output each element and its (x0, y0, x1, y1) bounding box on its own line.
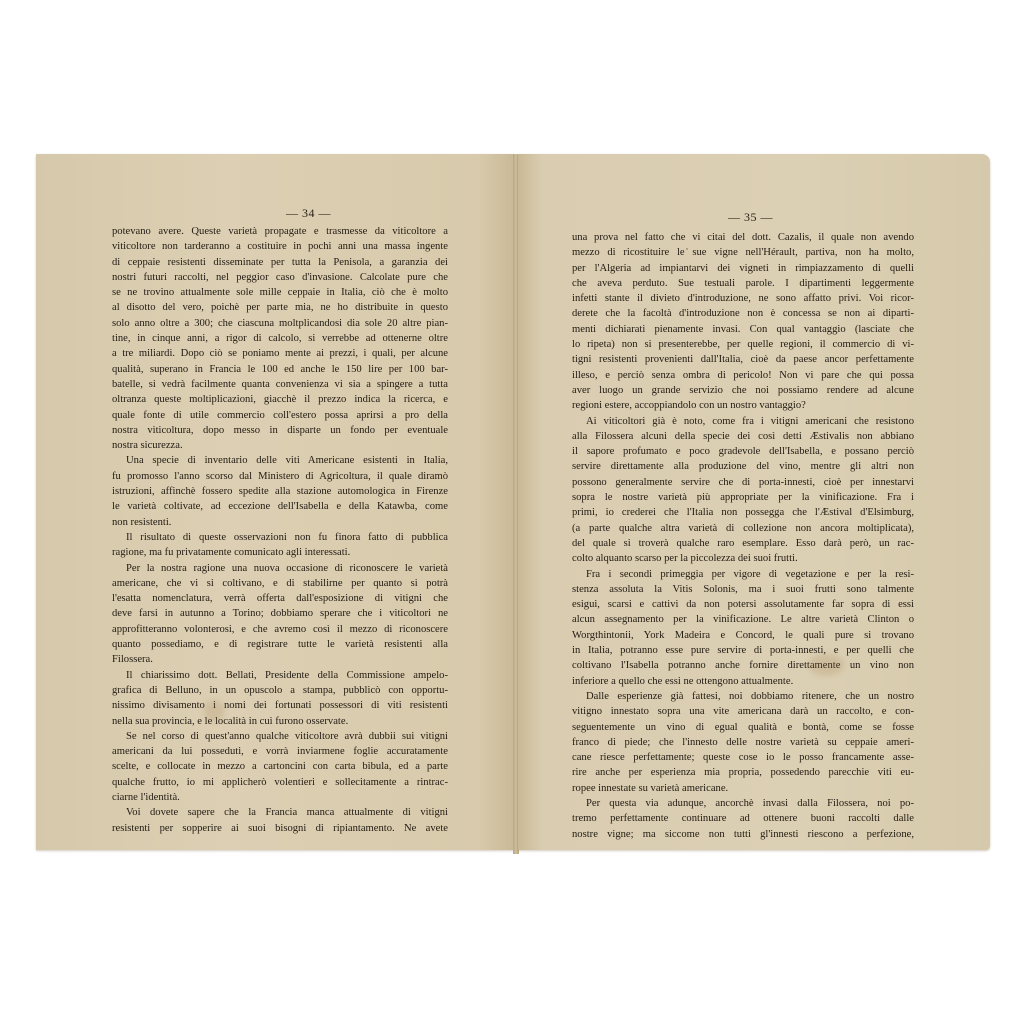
text-line: Il chiarissimo dott. Bellati, Presidente… (112, 668, 448, 683)
text-line: nostri futuri raccolti, nel peggior caso… (112, 270, 448, 285)
text-line: Se nel corso di quest'anno qualche vitic… (112, 729, 448, 744)
foxing-stain (204, 700, 224, 722)
text-line: aver luogo un grande servizio che noi po… (572, 383, 914, 398)
right-page: — 35 — una prova nel fatto che vi citai … (518, 154, 990, 850)
paper-speck (686, 248, 688, 250)
text-line: quale fonte di utile commercio coll'este… (112, 408, 448, 423)
left-page: — 34 — potevano avere. Queste varietà pr… (36, 154, 516, 850)
text-line: qualità, superano in Francia le 100 ed a… (112, 362, 448, 377)
text-line: possono generalmente servire che di port… (572, 475, 914, 490)
text-line: scelte, e collocate in mezzo a cartoncin… (112, 759, 448, 774)
text-line: al disotto del vero, poichè per parte mi… (112, 300, 448, 315)
text-line: fu promosso l'anno scorso dal Ministero … (112, 469, 448, 484)
foxing-stain (808, 654, 844, 676)
text-line: regioni estere, accoppiandolo con un nos… (572, 398, 914, 413)
text-line: nostra sicurezza. (112, 438, 448, 453)
text-line: tigni resistenti provenienti dall'Italia… (572, 352, 914, 367)
text-line: quanto possediamo, e di registrare tutte… (112, 637, 448, 652)
text-line: alcun assegnamento per la vinificazione.… (572, 612, 914, 627)
text-line: americane, che vi si coltivano, e di sta… (112, 576, 448, 591)
text-line: resistenti per sopperire ai suoi bisogni… (112, 821, 448, 836)
left-page-body-text: potevano avere. Queste varietà propagate… (112, 224, 448, 836)
text-line: nostra viticoltura, dopo messo in dispar… (112, 423, 448, 438)
text-line: Il risultato di queste osservazioni non … (112, 530, 448, 545)
text-line: per l'Algeria ad impiantarvi dei vigneti… (572, 261, 914, 276)
text-line: qualche frutto, io mi applicherò volenti… (112, 775, 448, 790)
text-line: deve farsi in autunno a Torino; dobbiamo… (112, 606, 448, 621)
text-line: di ceppaie resistenti disseminate per tu… (112, 255, 448, 270)
text-line: grafica di Belluno, in un opuscolo a sta… (112, 683, 448, 698)
text-line: menti dichiarati pienamente invasi. Con … (572, 322, 914, 337)
text-line: Dalle esperienze già fattesi, noi dobbia… (572, 689, 914, 704)
text-line: nella sua provincia, e le località in cu… (112, 714, 448, 729)
text-line: cane riesce perfettamente; queste cose i… (572, 750, 914, 765)
text-line: tine, in cinque anni, a rigor di calcolo… (112, 331, 448, 346)
text-line: servire direttamente alla produzione del… (572, 459, 914, 474)
text-line: solo anno oltre a 300; che ciascuna molt… (112, 316, 448, 331)
text-line: non resistenti. (112, 515, 448, 530)
text-line: Worgthintonii, York Madeira e Concord, l… (572, 628, 914, 643)
text-line: ciarne l'identità. (112, 790, 448, 805)
text-line: derete che la facoltà d'introduzione non… (572, 306, 914, 321)
text-line: illeso, e perciò senza ombra di pericolo… (572, 368, 914, 383)
text-line: primi, io crederei che l'Italia non poss… (572, 505, 914, 520)
text-line: mezzo di ricostituire le sue vigne nell'… (572, 245, 914, 260)
text-line: americani da lui posseduti, e vorrà invi… (112, 744, 448, 759)
text-line: Voi dovete sapere che la Francia manca a… (112, 805, 448, 820)
text-line: Per la nostra ragione una nuova occasion… (112, 561, 448, 576)
text-line: Fra i secondi primeggia per vigore di ve… (572, 567, 914, 582)
text-line: che aveva perduto. Sue testuali parole. … (572, 276, 914, 291)
text-line: inferiore a quello che essi ne ottengono… (572, 674, 914, 689)
text-line: il sapore profumato e poco gradevole del… (572, 444, 914, 459)
text-line: potevano avere. Queste varietà propagate… (112, 224, 448, 239)
page-number-right: — 35 — (728, 210, 773, 225)
text-line: l'esatta nomenclatura, verrà offerta dal… (112, 591, 448, 606)
text-line: Filossera. (112, 652, 448, 667)
text-line: rire anche per esperienza mia propria, p… (572, 765, 914, 780)
text-line: infetti stante il divieto d'introduzione… (572, 291, 914, 306)
text-line: franco di piede; che l'innesto delle nos… (572, 735, 914, 750)
text-line: Per questa via adunque, ancorchè invasi … (572, 796, 914, 811)
text-line: le varietà coltivate, ad eccezione dell'… (112, 499, 448, 514)
page-number-left: — 34 — (286, 206, 331, 221)
text-line: nissimo divisamento i nomi dei fortunati… (112, 698, 448, 713)
text-line: istruzioni, affinchè fossero spedite all… (112, 484, 448, 499)
text-line: se ne trovino attualmente sole mille cep… (112, 285, 448, 300)
text-line: alla Filossera alcuni della specie dei c… (572, 429, 914, 444)
text-line: del quale si troverà qualche raro esempl… (572, 536, 914, 551)
text-line: in Italia, potranno esse pure servire di… (572, 643, 914, 658)
text-line: approfitteranno volonterosi, e che avrem… (112, 622, 448, 637)
text-line: Una specie di inventario delle viti Amer… (112, 453, 448, 468)
text-line: viticoltore non tarderanno a costituire … (112, 239, 448, 254)
text-line: seguentemente un vino di egual qualità e… (572, 720, 914, 735)
text-line: tremo perfettamente continuare ad ottene… (572, 811, 914, 826)
text-line: ragione, ma fu privatamente comunicato a… (112, 545, 448, 560)
text-line: stenza assoluta la Vitis Solonis, ma i s… (572, 582, 914, 597)
text-line: sopra le nostre varietà più appropriate … (572, 490, 914, 505)
text-line: vitigno innestato sopra una vite america… (572, 704, 914, 719)
text-line: batelle, si vedrà facilmente quanta conv… (112, 377, 448, 392)
text-line: lo ripeta) non si presenterebbe, per que… (572, 337, 914, 352)
text-line: colto alquanto scarso per la piccolezza … (572, 551, 914, 566)
text-line: Ai viticoltori già è noto, come fra i vi… (572, 414, 914, 429)
text-line: una prova nel fatto che vi citai del dot… (572, 230, 914, 245)
text-line: esigui, scarsi e cattivi da non potersi … (572, 597, 914, 612)
open-booklet: — 34 — potevano avere. Queste varietà pr… (0, 0, 1024, 1024)
text-line: coltivano l'Isabella potranno anche forn… (572, 658, 914, 673)
right-page-body-text: una prova nel fatto che vi citai del dot… (572, 230, 914, 842)
text-line: (a parte qualche altra varietà di collez… (572, 521, 914, 536)
text-line: a tre miliardi. Dopo ciò se poniamo ment… (112, 346, 448, 361)
text-line: oltranza queste moltiplicazioni, giacchè… (112, 392, 448, 407)
text-line: ropee innestate su varietà americane. (572, 781, 914, 796)
text-line: nostre vigne; ma siccome non tutti gl'in… (572, 827, 914, 842)
